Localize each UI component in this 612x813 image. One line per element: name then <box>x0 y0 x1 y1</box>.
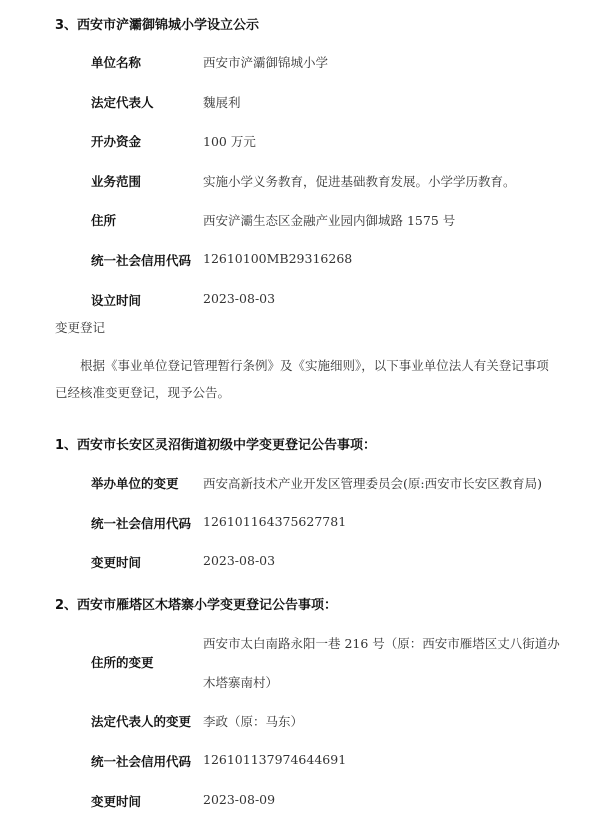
field-label-credit-code: 统一社会信用代码 <box>91 251 191 269</box>
field-label-legal-rep-change: 法定代表人的变更 <box>91 712 191 730</box>
field-value-credit-code: 126101164375627781 <box>203 514 346 529</box>
section-heading-change-2: 2、西安市雁塔区木塔寨小学变更登记公告事项： <box>55 594 337 613</box>
field-value-legal-rep: 魏展利 <box>203 93 241 111</box>
field-label-address: 住所 <box>91 211 116 229</box>
field-value-credit-code: 126101137974644691 <box>203 752 346 767</box>
field-label-established-date: 设立时间 <box>91 291 141 309</box>
field-label-unit-name: 单位名称 <box>91 53 141 71</box>
field-value-address: 西安浐灞生态区金融产业园内御城路 1575 号 <box>203 211 455 229</box>
field-value-credit-code: 12610100MB29316268 <box>203 251 352 266</box>
field-value-established-date: 2023-08-03 <box>203 291 275 306</box>
field-value-change-date: 2023-08-03 <box>203 553 275 568</box>
field-value-funds: 100 万元 <box>203 132 256 150</box>
field-label-change-date: 变更时间 <box>91 553 141 571</box>
section-heading-establish: 3、西安市浐灞御锦城小学设立公示 <box>55 14 259 33</box>
field-label-address-change: 住所的变更 <box>91 653 154 671</box>
field-label-funds: 开办资金 <box>91 132 141 150</box>
field-label-sponsor-change: 举办单位的变更 <box>91 474 179 492</box>
field-label-legal-rep: 法定代表人 <box>91 93 154 111</box>
field-label-credit-code: 统一社会信用代码 <box>91 514 191 532</box>
field-value-sponsor-change: 西安高新技术产业开发区管理委员会(原:西安市长安区教育局) <box>203 474 542 492</box>
field-value-address-change-line2: 木塔寨南村） <box>203 673 278 691</box>
field-label-scope: 业务范围 <box>91 172 141 190</box>
field-value-unit-name: 西安市浐灞御锦城小学 <box>203 53 328 71</box>
field-value-scope: 实施小学义务教育，促进基础教育发展。小学学历教育。 <box>203 172 516 190</box>
field-value-address-change-line1: 西安市太白南路永阳一巷 216 号（原：西安市雁塔区丈八街道办 <box>203 634 560 652</box>
change-registration-title: 变更登记 <box>55 318 105 336</box>
field-value-change-date: 2023-08-09 <box>203 792 275 807</box>
field-label-change-date: 变更时间 <box>91 792 141 810</box>
field-value-legal-rep-change: 李政（原：马东） <box>203 712 303 730</box>
change-registration-intro-line2: 已经核准变更登记，现予公告。 <box>55 383 230 401</box>
section-heading-change-1: 1、西安市长安区灵沼街道初级中学变更登记公告事项： <box>55 434 376 453</box>
change-registration-intro-line1: 根据《事业单位登记管理暂行条例》及《实施细则》，以下事业单位法人有关登记事项 <box>80 356 549 374</box>
field-label-credit-code: 统一社会信用代码 <box>91 752 191 770</box>
